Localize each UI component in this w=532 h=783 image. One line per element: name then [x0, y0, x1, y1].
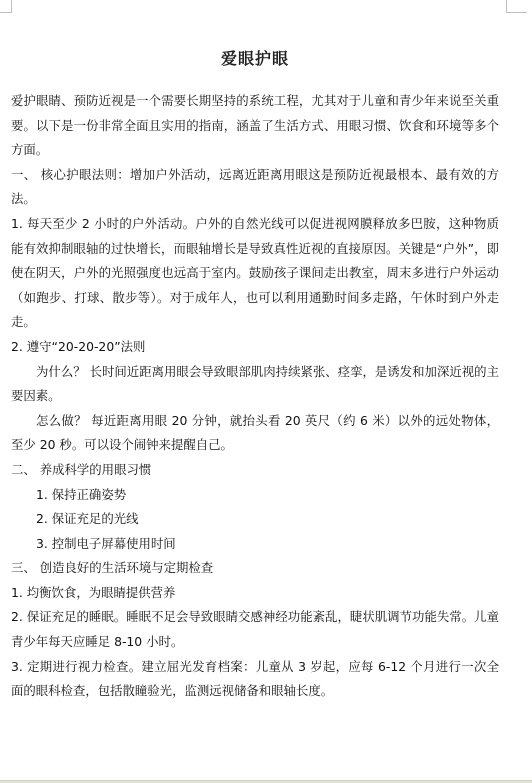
- intro-paragraph: 爱护眼睛、预防近视是一个需要长期坚持的系统工程，尤其对于儿童和青少年来说至关重要…: [11, 89, 499, 163]
- margin-corner-mark-top-right: [506, 0, 527, 13]
- document-body[interactable]: 爱护眼睛、预防近视是一个需要长期坚持的系统工程，尤其对于儿童和青少年来说至关重要…: [11, 89, 499, 704]
- section-1-how: 怎么做？ 每近距离用眼 20 分钟，就抬头看 20 英尺（约 6 米）以外的远处…: [11, 409, 499, 458]
- margin-corner-mark-top-left: [0, 0, 12, 13]
- section-2-heading: 二、 养成科学的用眼习惯: [11, 458, 499, 483]
- section-2-item: 3. 控制电子屏幕使用时间: [11, 532, 499, 557]
- section-1-item-1: 1. 每天至少 2 小时的户外活动。户外的自然光线可以促进视网膜释放多巴胺，这种…: [11, 212, 499, 335]
- section-3-item: 1. 均衡饮食，为眼睛提供营养: [11, 581, 499, 606]
- section-2-item: 1. 保持正确姿势: [11, 483, 499, 508]
- section-1-heading: 一、 核心护眼法则：增加户外活动，远离近距离用眼这是预防近视最根本、最有效的方法…: [11, 163, 499, 212]
- document-title: 爱眼护眼: [11, 46, 499, 69]
- section-1-item-2: 2. 遵守“20-20-20”法则: [11, 335, 499, 360]
- section-3-item: 3. 定期进行视力检查。建立屈光发育档案：儿童从 3 岁起，应每 6-12 个月…: [11, 655, 499, 704]
- section-2-item: 2. 保证充足的光线: [11, 507, 499, 532]
- section-3-item: 2. 保证充足的睡眠。睡眠不足会导致眼睛交感神经功能紊乱，睫状肌调节功能失常。儿…: [11, 605, 499, 654]
- section-3-heading: 三、 创造良好的生活环境与定期检查: [11, 556, 499, 581]
- section-1-why: 为什么？ 长时间近距离用眼会导致眼部肌肉持续紧张、痉挛，是诱发和加深近视的主要因…: [11, 360, 499, 409]
